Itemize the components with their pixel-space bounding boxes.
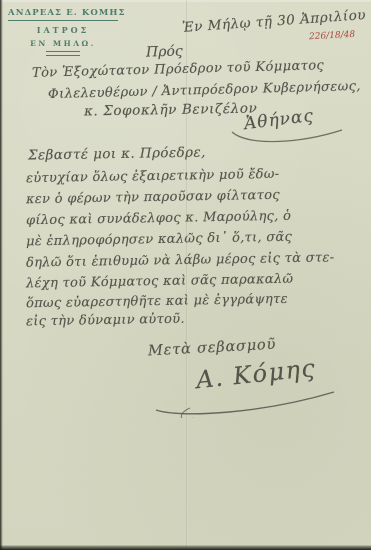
letterhead-title: ΙΑΤΡΟΣ bbox=[8, 25, 118, 35]
recipient-heading: Πρός bbox=[146, 43, 183, 60]
letter-page: ΑΝΔΡΕΑΣ Ε. ΚΟΜΗΣ ΙΑΤΡΟΣ ΕΝ ΜΗΛΩ. Ἐν Μήλῳ… bbox=[0, 0, 371, 550]
recipient-line: Φιλελευθέρων / Ἀντιπρόεδρον Κυβερνήσεως, bbox=[48, 79, 361, 102]
letterhead-location: ΕΝ ΜΗΛΩ. bbox=[8, 39, 118, 48]
letterhead: ΑΝΔΡΕΑΣ Ε. ΚΟΜΗΣ ΙΑΤΡΟΣ ΕΝ ΜΗΛΩ. bbox=[8, 8, 118, 56]
recipient-line: κ. Σοφοκλῆν Βενιζέλον bbox=[84, 100, 258, 119]
recipient-line: Τὸν Ἐξοχώτατον Πρόεδρον τοῦ Κόμματος bbox=[32, 58, 324, 81]
body-line: κεν ὁ φέρων τὴν παροῦσαν φίλτατος bbox=[26, 188, 280, 207]
scan-edge-left bbox=[0, 0, 3, 550]
letterhead-divider bbox=[46, 51, 80, 56]
signature: Α. Κόμης bbox=[195, 354, 318, 394]
archive-number: 226/18/48 bbox=[309, 30, 356, 42]
signature-flourish bbox=[150, 388, 340, 418]
body-line: εἰς τὴν δύναμιν αὐτοῦ. bbox=[26, 312, 185, 330]
body-line: εὐτυχίαν ὅλως ἐξαιρετικὴν μοῦ ἔδω- bbox=[26, 167, 280, 186]
body-line: μὲ ἐπληροφόρησεν καλῶς δι᾽ ὅ,τι, σᾶς bbox=[26, 230, 292, 250]
scan-edge-bottom bbox=[0, 545, 371, 550]
body-line: δηλῶ ὅτι ἐπιθυμῶ νὰ λάβω μέρος εἰς τὰ στ… bbox=[26, 250, 335, 270]
body-line: ὅπως εὐαρεστηθῆτε καὶ μὲ ἐγγράψητε bbox=[26, 292, 288, 312]
salutation: Σεβαστέ μοι κ. Πρόεδρε, bbox=[28, 144, 206, 163]
letterhead-name: ΑΝΔΡΕΑΣ Ε. ΚΟΜΗΣ bbox=[8, 8, 118, 21]
body-line: λέχη τοῦ Κόμματος καὶ σᾶς παρακαλῶ bbox=[26, 272, 294, 292]
closing: Μετὰ σεβασμοῦ bbox=[148, 337, 277, 360]
body-line: φίλος καὶ συνάδελφος κ. Μαρούλης, ὁ bbox=[26, 209, 291, 229]
